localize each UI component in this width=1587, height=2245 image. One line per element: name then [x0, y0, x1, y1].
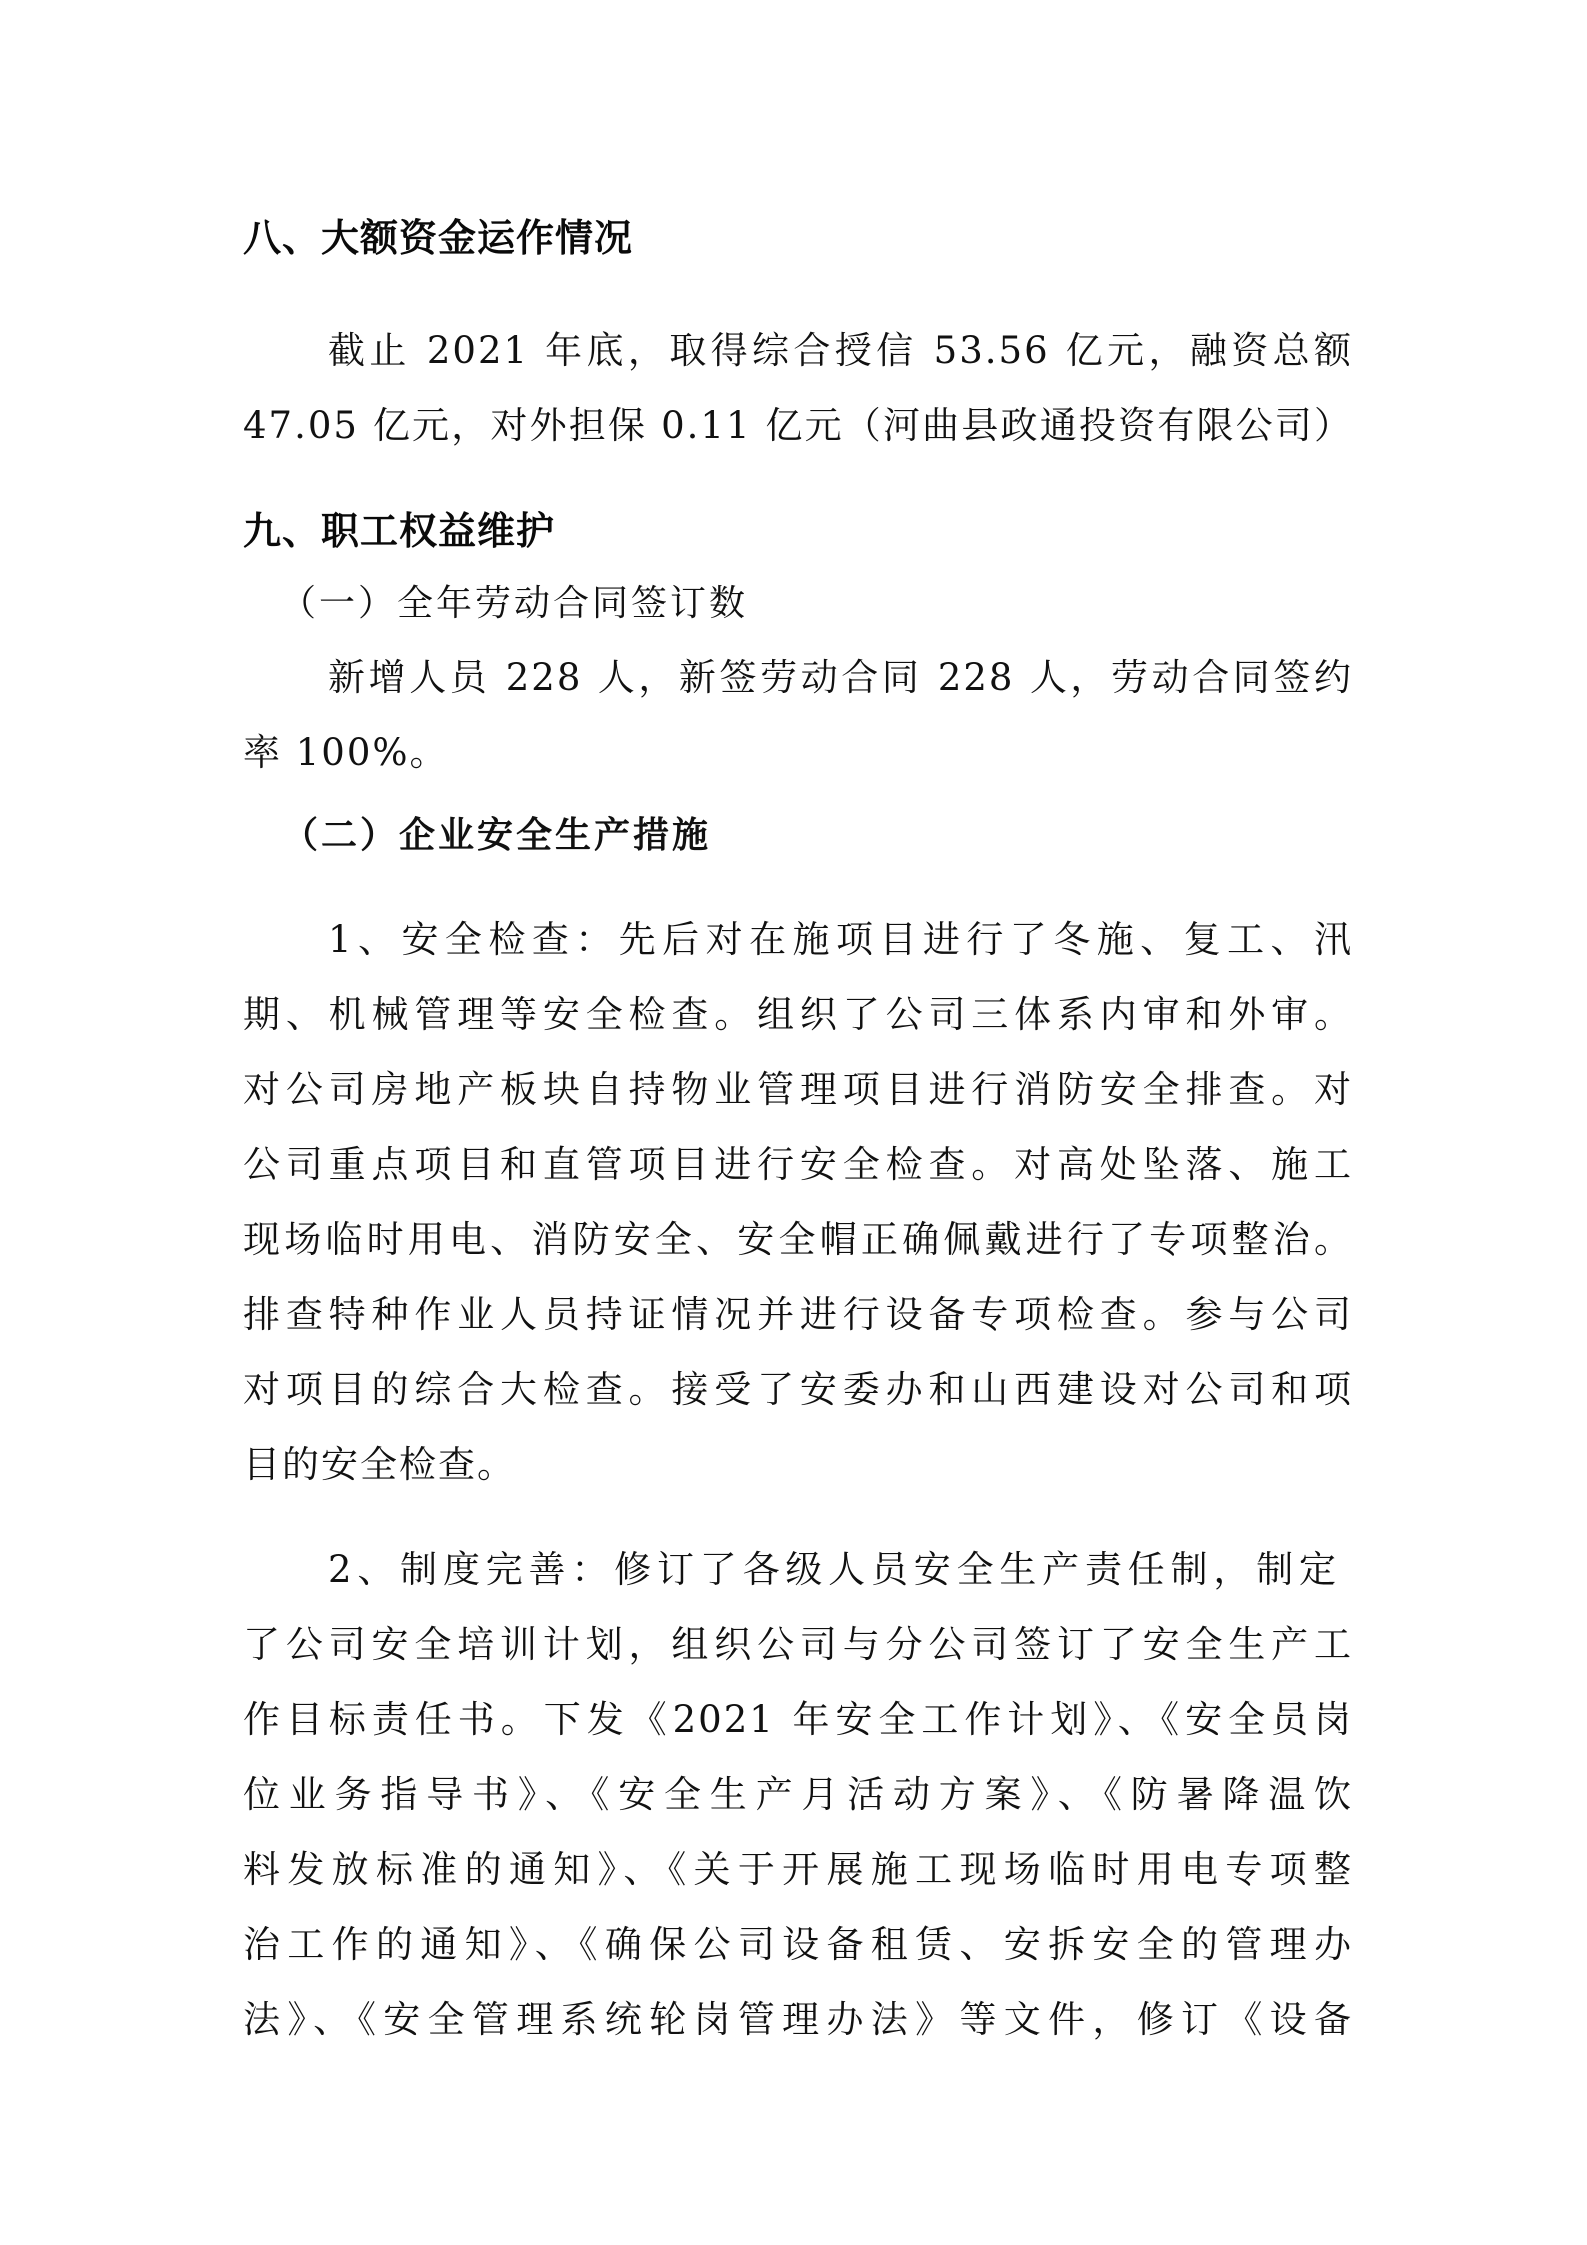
item-line: 排查特种作业人员持证情况并进行设备专项检查。参与公司 [243, 1292, 1353, 1338]
item-line: 作目标责任书。下发《2021 年安全工作计划》、《安全员岗 [243, 1697, 1353, 1743]
item-line: 对公司房地产板块自持物业管理项目进行消防安全排查。对 [243, 1067, 1353, 1113]
paragraph-line: 率 100%。 [243, 730, 1353, 776]
item-line: 对项目的综合大检查。接受了安委办和山西建设对公司和项 [243, 1367, 1353, 1413]
section-heading-funds: 八、大额资金运作情况 [243, 215, 633, 261]
paragraph-line: 新增人员 228 人，新签劳动合同 228 人，劳动合同签约 [243, 655, 1353, 701]
paragraph-line: 截止 2021 年底，取得综合授信 53.56 亿元，融资总额 [243, 328, 1353, 374]
item-line: 1、安全检查：先后对在施项目进行了冬施、复工、汛 [243, 917, 1353, 963]
item-line: 治工作的通知》、《确保公司设备租赁、安拆安全的管理办 [243, 1922, 1353, 1968]
subsection-title-labor-contracts: （一）全年劳动合同签订数 [280, 581, 748, 627]
item-line: 了公司安全培训计划，组织公司与分公司签订了安全生产工 [243, 1622, 1353, 1668]
document-page: 八、大额资金运作情况 截止 2021 年底，取得综合授信 53.56 亿元，融资… [0, 0, 1587, 2245]
subsection-title-safety-measures: （二）企业安全生产措施 [282, 812, 711, 858]
item-line: 2、制度完善：修订了各级人员安全生产责任制，制定 [243, 1547, 1338, 1593]
item-line: 位业务指导书》、《安全生产月活动方案》、《防暑降温饮 [243, 1772, 1353, 1818]
item-line: 料发放标准的通知》、《关于开展施工现场临时用电专项整 [243, 1847, 1353, 1893]
section-heading-employee-rights: 九、职工权益维护 [243, 508, 555, 554]
paragraph-line: 47.05 亿元，对外担保 0.11 亿元（河曲县政通投资有限公司） [243, 403, 1353, 449]
item-line: 公司重点项目和直管项目进行安全检查。对高处坠落、施工 [243, 1142, 1353, 1188]
item-line: 法》、《安全管理系统轮岗管理办法》等文件，修订《设备 [243, 1997, 1353, 2043]
item-line: 期、机械管理等安全检查。组织了公司三体系内审和外审。 [243, 992, 1353, 1038]
item-line: 现场临时用电、消防安全、安全帽正确佩戴进行了专项整治。 [243, 1217, 1353, 1263]
item-line: 目的安全检查。 [243, 1442, 1353, 1488]
